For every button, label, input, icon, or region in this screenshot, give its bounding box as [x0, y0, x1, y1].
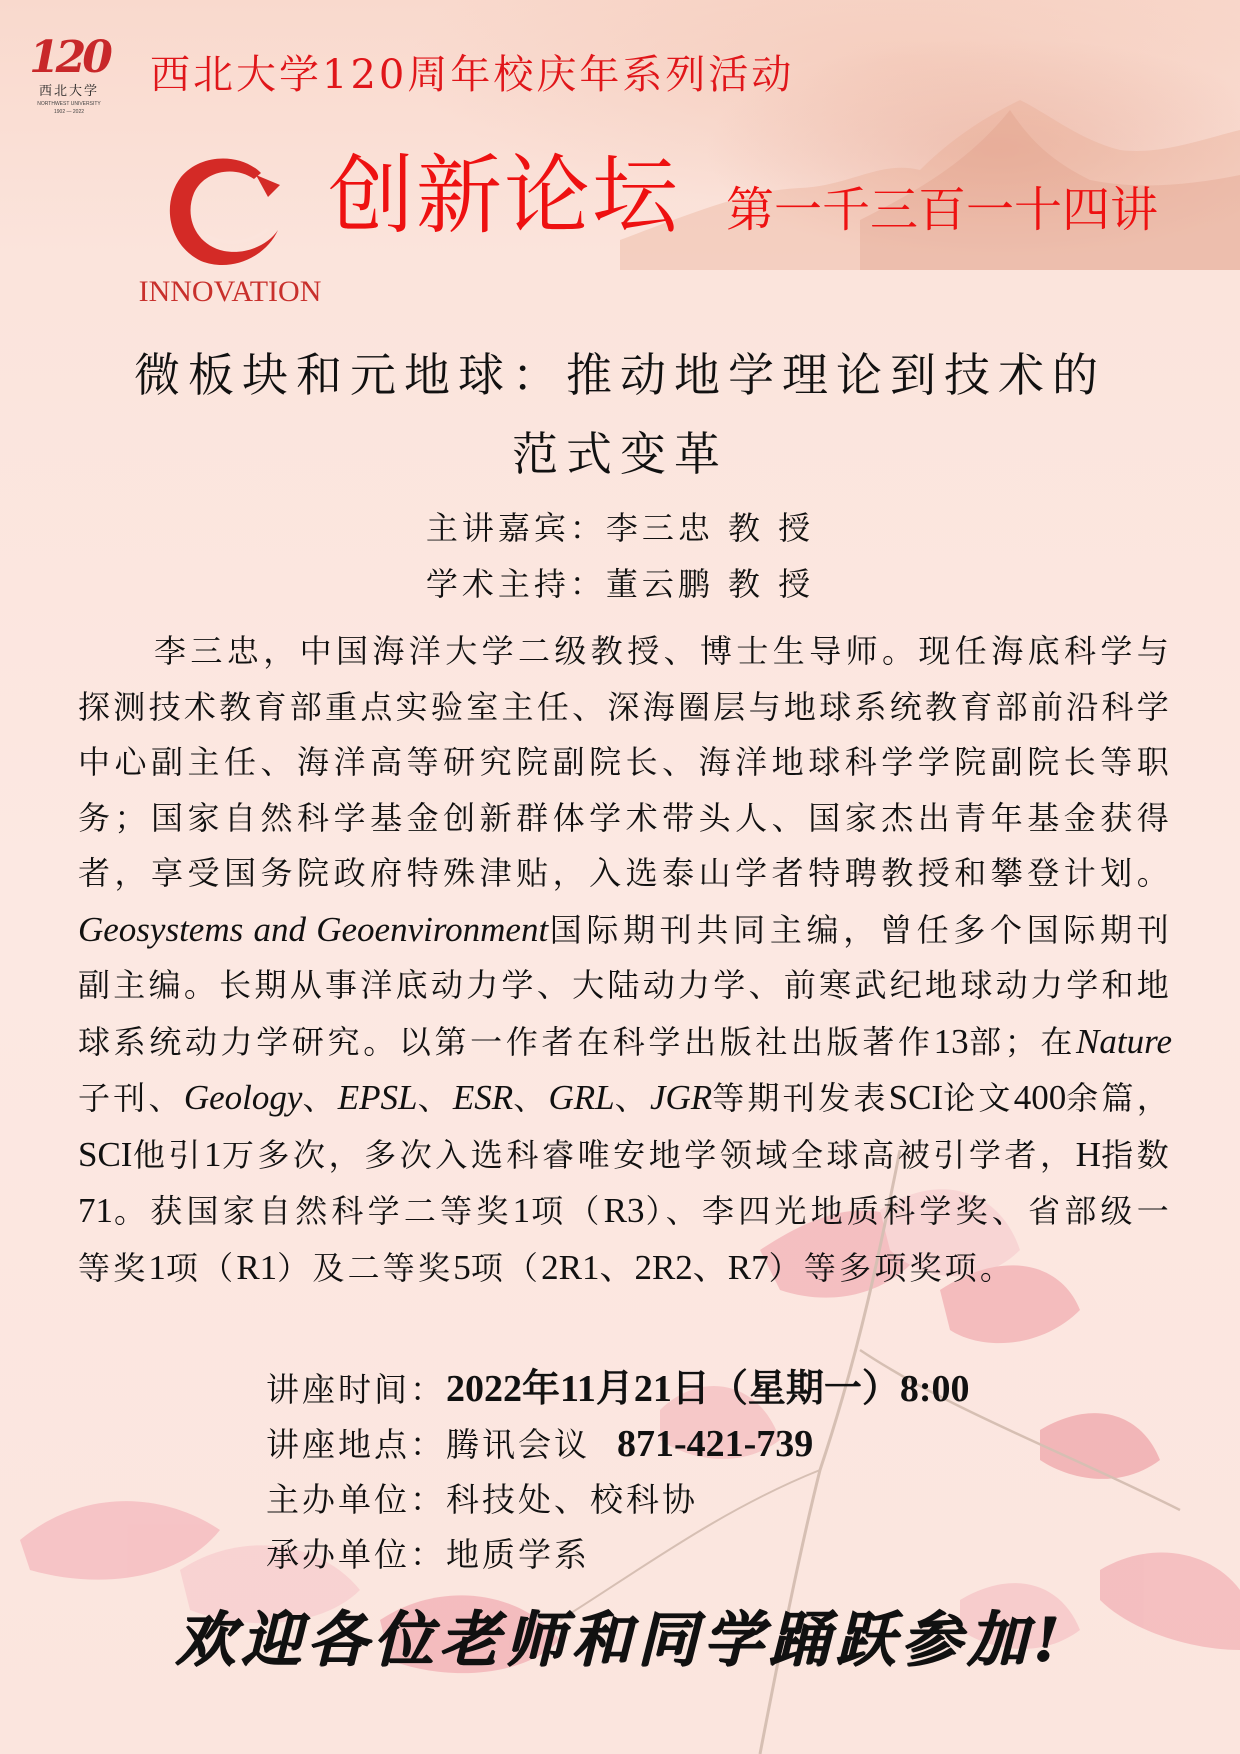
bio-journal-name: Geology [184, 1078, 303, 1117]
bio-journal-name: GRL [548, 1078, 614, 1117]
event-time-value: 2022年11月21日（星期一）8:00 [446, 1368, 970, 1410]
event-place-value: 腾讯会议 [446, 1425, 590, 1464]
lecture-number: 第一千三百一十四讲 [726, 180, 1158, 240]
bio-text: 项（ [166, 1249, 236, 1287]
bio-journal-name: JGR [650, 1078, 712, 1117]
speaker-label: 主讲嘉宾： [426, 509, 606, 547]
talk-title-line-2: 范式变革 [0, 424, 1240, 484]
bio-number: 1 [204, 1135, 222, 1174]
bio-text: 李三忠，中国海洋大学二级教授、博士生导师。现任海底科学与探测技术教育部重点实验室… [78, 632, 1172, 892]
bio-journal-name: EPSL [338, 1078, 418, 1117]
undertaker-label: 承办单位： [266, 1535, 446, 1574]
event-place-label: 讲座地点： [266, 1425, 446, 1464]
organizer-value: 科技处、校科协 [446, 1480, 698, 1519]
host-name: 董云鹏 教 授 [606, 565, 814, 603]
forum-title: 创新论坛 [328, 146, 680, 246]
organizer-row: 主办单位：科技处、校科协 [266, 1472, 1166, 1527]
event-info: 讲座时间：2022年11月21日（星期一）8:00 讲座地点：腾讯会议 871-… [266, 1362, 1166, 1582]
bio-rank: R3 [604, 1191, 645, 1230]
bio-text: 部；在 [969, 1023, 1076, 1061]
bio-text: 项（ [530, 1192, 604, 1230]
bio-text: 项（ [471, 1249, 541, 1287]
organizer-label: 主办单位： [266, 1480, 446, 1519]
event-place-row: 讲座地点：腾讯会议 871-421-739 [266, 1417, 1166, 1472]
meeting-id: 871-421-739 [617, 1423, 813, 1465]
bio-text: ）等多项奖项。 [769, 1249, 1015, 1287]
bio-text: 、 [302, 1079, 337, 1117]
speaker-name: 李三忠 教 授 [606, 509, 814, 547]
logo-years: 1902 — 2022 [24, 108, 114, 116]
logo-120-mark: 120 [24, 32, 114, 84]
innovation-logo-label: INNOVATION [120, 275, 340, 309]
bio-term: H [1076, 1135, 1101, 1174]
bio-text: 论文 [943, 1079, 1014, 1117]
bio-rank: 2R1、2R2、R7 [541, 1248, 769, 1287]
speaker-line: 主讲嘉宾：李三忠 教 授 [0, 506, 1240, 550]
event-time-label: 讲座时间： [266, 1370, 446, 1409]
bio-text: 、 [513, 1079, 548, 1117]
bio-text: 。获国家自然科学二等奖 [113, 1192, 513, 1230]
logo-university-name-cn: 西北大学 [24, 84, 114, 100]
bio-number: 1 [148, 1248, 166, 1287]
welcome-slogan: 欢迎各位老师和同学踊跃参加! [0, 1600, 1240, 1680]
bio-journal-name: Nature [1076, 1022, 1172, 1061]
bio-number: 71 [78, 1191, 113, 1230]
bio-text: 、 [615, 1079, 650, 1117]
bio-rank: R1 [236, 1248, 277, 1287]
innovation-logo: INNOVATION [120, 145, 340, 315]
bio-number: 13 [934, 1022, 969, 1061]
bio-text: 等期刊发表 [712, 1079, 888, 1117]
host-line: 学术主持：董云鹏 教 授 [0, 562, 1240, 606]
innovation-swirl-icon [156, 145, 296, 275]
bio-number: 400 [1014, 1078, 1067, 1117]
bio-text: 、 [418, 1079, 453, 1117]
bio-number: 5 [453, 1248, 471, 1287]
bio-text: 余篇， [1066, 1079, 1172, 1117]
bio-text: 指数 [1101, 1136, 1172, 1174]
host-label: 学术主持： [426, 565, 606, 603]
event-time-row: 讲座时间：2022年11月21日（星期一）8:00 [266, 1362, 1166, 1417]
bio-journal-name: ESR [453, 1078, 513, 1117]
logo-university-name-en: NORTHWEST UNIVERSITY [24, 100, 114, 108]
undertaker-value: 地质学系 [446, 1535, 590, 1574]
bio-term: SCI [889, 1078, 943, 1117]
bio-term: SCI [78, 1135, 132, 1174]
bio-journal-name: Geosystems and Geoenvironment [78, 910, 548, 949]
talk-title-line-1: 微板块和元地球：推动地学理论到技术的 [0, 345, 1240, 405]
bio-text: ）及二等奖 [277, 1249, 453, 1287]
bio-text: 子刊、 [78, 1079, 184, 1117]
series-title: 西北大学120周年校庆年系列活动 [150, 48, 794, 102]
bio-text: 他引 [132, 1136, 204, 1174]
bio-text: 万多次，多次入选科睿唯安地学领域全球高被引学者， [221, 1136, 1075, 1174]
speaker-biography: 李三忠，中国海洋大学二级教授、博士生导师。现任海底科学与探测技术教育部重点实验室… [78, 624, 1172, 1296]
undertaker-row: 承办单位：地质学系 [266, 1527, 1166, 1582]
bio-number: 1 [513, 1191, 531, 1230]
university-120-anniversary-logo: 120 西北大学 NORTHWEST UNIVERSITY 1902 — 202… [24, 24, 114, 134]
